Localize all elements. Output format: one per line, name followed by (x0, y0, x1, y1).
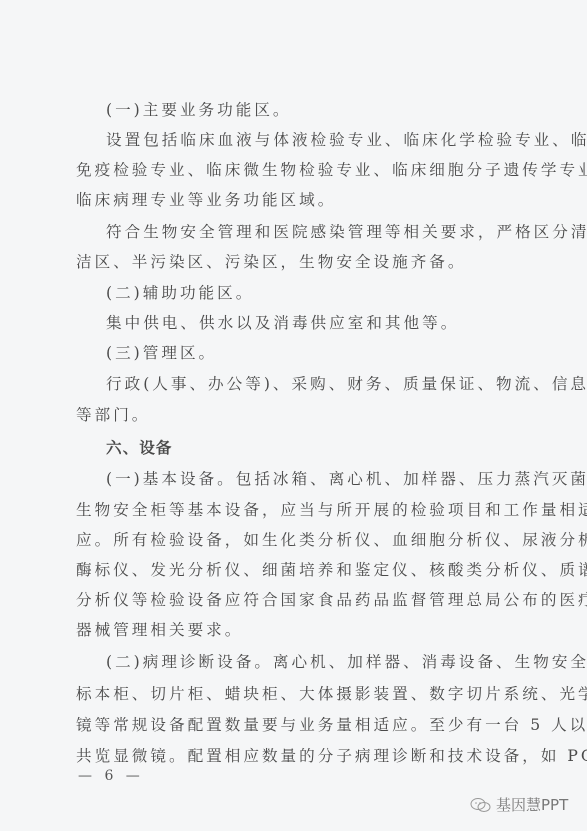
text-line: (二)辅助功能区。 (106, 283, 512, 303)
watermark: 基因慧PPT (470, 794, 568, 815)
section-heading: 六、设备 (106, 438, 512, 458)
text-line: 等部门。 (76, 405, 512, 425)
text-line: 应。所有检验设备，如生化类分析仪、血细胞分析仪、尿液分析仪、 (76, 530, 512, 550)
document-page: (一)主要业务功能区。设置包括临床血液与体液检验专业、临床化学检验专业、临床免疫… (0, 0, 587, 831)
text-line: 行政(人事、办公等)、采购、财务、质量保证、物流、信息管理 (106, 374, 512, 394)
text-line: (一)主要业务功能区。 (106, 100, 512, 120)
text-line: 镜等常规设备配置数量要与业务量相适应。至少有一台 5 人以上 (76, 715, 512, 735)
page-number: — 6 — (78, 768, 144, 784)
text-line: 共览显微镜。配置相应数量的分子病理诊断和技术设备，如 PCR (76, 746, 512, 766)
text-line: (二)病理诊断设备。离心机、加样器、消毒设备、生物安全柜、 (106, 652, 512, 672)
text-line: (一)基本设备。包括冰箱、离心机、加样器、压力蒸汽灭菌器、 (106, 469, 512, 489)
text-line: 设置包括临床血液与体液检验专业、临床化学检验专业、临床 (106, 130, 512, 150)
text-line: 分析仪等检验设备应符合国家食品药品监督管理总局公布的医疗 (76, 590, 512, 610)
text-line: 生物安全柜等基本设备，应当与所开展的检验项目和工作量相适 (76, 500, 512, 520)
text-line: 集中供电、供水以及消毒供应室和其他等。 (106, 313, 512, 333)
text-line: 符合生物安全管理和医院感染管理等相关要求，严格区分清 (106, 222, 512, 242)
text-line: 标本柜、切片柜、蜡块柜、大体摄影装置、数字切片系统、光学显微 (76, 684, 512, 704)
wechat-icon (470, 797, 492, 813)
text-line: 洁区、半污染区、污染区，生物安全设施齐备。 (76, 252, 512, 272)
text-line: 免疫检验专业、临床微生物检验专业、临床细胞分子遗传学专业和 (76, 160, 512, 180)
text-line: 酶标仪、发光分析仪、细菌培养和鉴定仪、核酸类分析仪、质谱色谱 (76, 560, 512, 580)
text-line: 临床病理专业等业务功能区域。 (76, 190, 512, 210)
text-line: 器械管理相关要求。 (76, 620, 512, 640)
watermark-text: 基因慧PPT (496, 794, 568, 815)
text-line: (三)管理区。 (106, 343, 512, 363)
